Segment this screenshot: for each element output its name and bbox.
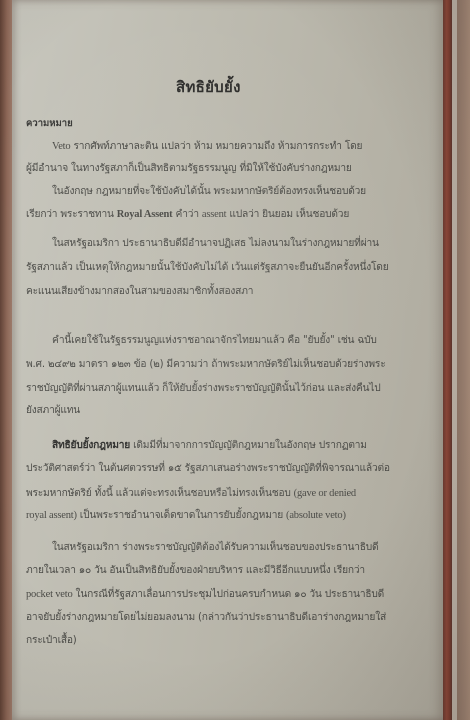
paragraph-6-line-5: กระเป๋าเสื้อ): [26, 630, 77, 652]
paragraph-3-line-1: ในสหรัฐอเมริกา ประธานาธิบดีมีอำนาจปฏิเสธ…: [52, 233, 379, 255]
paragraph-2-line-2-text-a: เรียกว่า พระราชทาน: [26, 209, 117, 220]
paragraph-2-line-1: ในอังกฤษ กฎหมายที่จะใช้บังคับได้นั้น พระ…: [52, 181, 366, 203]
paragraph-5-line-1: สิทธิยับยั้งกฎหมาย เดิมมีที่มาจากการบัญญ…: [52, 435, 367, 457]
paragraph-2-line-2-text-b: คำว่า: [172, 209, 201, 220]
paragraph-6-line-2: ภายในเวลา ๑๐ วัน อันเป็นสิทธิยับยั้งของฝ…: [26, 560, 365, 582]
paragraph-3-line-2: รัฐสภาแล้ว เป็นเหตุให้กฎหมายนั้นใช้บังคั…: [26, 257, 388, 279]
paragraph-4-line-1: คำนี้เคยใช้ในรัฐธรรมนูญแห่งราชอาณาจักรไท…: [52, 330, 377, 352]
royal-assent-term: Royal Assent: [117, 209, 173, 220]
paragraph-5-line-3: พระมหากษัตริย์ ทั้งนี้ แล้วแต่จะทรงเห็นช…: [26, 483, 356, 505]
absolute-veto-term: (absolute veto): [286, 510, 346, 521]
paragraph-5-line-4: royal assent) เป็นพระราชอำนาจเด็ดขาดในกา…: [26, 505, 346, 527]
paragraph-6-line-1: ในสหรัฐอเมริกา ร่างพระราชบัญญัติต้องได้ร…: [52, 537, 378, 559]
book-photo: สิทธิยับยั้ง ความหมาย Veto รากศัพท์ภาษาล…: [0, 0, 470, 720]
pocket-veto-term: pocket veto: [26, 589, 73, 600]
paragraph-4-line-2: พ.ศ. ๒๔๙๒ มาตรา ๑๒๓ ข้อ (๒) มีความว่า ถ้…: [26, 354, 385, 376]
paragraph-6-line-3: pocket veto ในกรณีที่รัฐสภาเลื่อนการประช…: [26, 584, 384, 606]
book-cover-edge: [457, 0, 470, 720]
veto-term: Veto: [52, 141, 70, 152]
section-heading-meaning: ความหมาย: [26, 113, 73, 135]
paragraph-4-line-4: ยังสภาผู้แทน: [26, 400, 80, 422]
gave-or-denied-term: (gave or denied: [294, 488, 356, 499]
paragraph-2-line-2: เรียกว่า พระราชทาน Royal Assent คำว่า as…: [26, 204, 349, 226]
assent-term: assent: [202, 209, 226, 220]
veto-law-heading: สิทธิยับยั้งกฎหมาย: [52, 440, 130, 451]
paragraph-5-line-2: ประวัติศาสตร์ว่า ในต้นศตวรรษที่ ๑๕ รัฐสภ…: [26, 458, 390, 480]
paragraph-5-line-3-text: พระมหากษัตริย์ ทั้งนี้ แล้วแต่จะทรงเห็นช…: [26, 488, 294, 499]
paragraph-5-line-1-text: เดิมมีที่มาจากการบัญญัติกฎหมายในอังกฤษ ป…: [130, 440, 367, 451]
paragraph-2-line-2-text-c: แปลว่า ยินยอม เห็นชอบด้วย: [226, 209, 349, 220]
paragraph-6-line-3-text: ในกรณีที่รัฐสภาเลื่อนการประชุมไปก่อนครบก…: [73, 589, 385, 600]
royal-assent-lower-term: royal assent): [26, 510, 77, 521]
paragraph-4-line-3: ราชบัญญัติที่ผ่านสภาผู้แทนแล้ว ก็ให้ยับย…: [26, 378, 380, 400]
book-binding-edge: [443, 0, 452, 720]
paragraph-3-line-3: คะแนนเสียงข้างมากสองในสามของสมาชิกทั้งสอ…: [26, 281, 253, 303]
paragraph-1-line-1-text: รากศัพท์ภาษาละติน แปลว่า ห้าม หมายความถึ…: [70, 141, 362, 152]
paragraph-1-line-2: ผู้มีอำนาจ ในทางรัฐสภาก็เป็นสิทธิตามรัฐธ…: [26, 158, 352, 180]
page-title: สิทธิยับยั้ง: [176, 76, 241, 98]
paragraph-6-line-4: อาจยับยั้งร่างกฎหมายโดยไม่ยอมลงนาม (กล่า…: [26, 607, 386, 629]
paragraph-5-line-4-text: เป็นพระราชอำนาจเด็ดขาดในการยับยั้งกฎหมาย: [77, 510, 286, 521]
paragraph-1-line-1: Veto รากศัพท์ภาษาละติน แปลว่า ห้าม หมายค…: [52, 136, 362, 158]
